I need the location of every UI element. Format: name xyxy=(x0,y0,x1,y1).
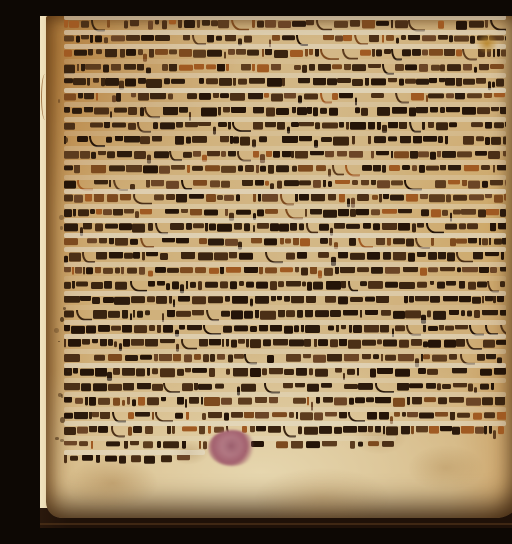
script-stroke xyxy=(77,64,79,72)
script-stroke xyxy=(385,354,396,360)
script-stroke xyxy=(417,223,424,228)
script-stroke xyxy=(498,426,504,434)
script-stroke xyxy=(94,354,105,361)
ink-speck xyxy=(58,99,61,102)
script-stroke xyxy=(276,165,290,172)
script-stroke xyxy=(278,281,284,287)
script-stroke xyxy=(265,267,278,273)
script-stroke xyxy=(171,79,185,84)
script-stroke xyxy=(137,64,144,71)
script-line xyxy=(64,16,506,30)
script-stroke xyxy=(430,107,438,112)
script-stroke xyxy=(343,35,352,42)
script-stroke xyxy=(238,339,245,344)
script-stroke xyxy=(194,383,197,391)
script-stroke xyxy=(247,50,259,56)
script-stroke xyxy=(307,282,312,291)
script-stroke xyxy=(90,122,103,128)
script-stroke xyxy=(104,122,110,129)
script-stroke xyxy=(258,194,262,202)
script-stroke xyxy=(176,194,187,202)
script-stroke xyxy=(484,426,487,434)
script-stroke xyxy=(85,64,101,70)
script-stroke xyxy=(130,20,140,26)
script-stroke xyxy=(100,412,110,419)
script-stroke xyxy=(257,209,264,217)
script-stroke xyxy=(103,64,108,73)
script-stroke xyxy=(127,397,130,405)
script-stroke xyxy=(122,368,135,376)
script-stroke xyxy=(382,441,394,447)
script-stroke xyxy=(394,151,409,159)
script-stroke xyxy=(107,20,110,28)
script-stroke xyxy=(278,21,291,28)
script-stroke xyxy=(412,165,417,171)
script-stroke xyxy=(467,311,472,317)
script-stroke xyxy=(304,93,317,100)
script-stroke xyxy=(289,339,304,346)
script-stroke xyxy=(383,194,389,199)
script-stroke xyxy=(271,93,283,102)
script-stroke xyxy=(105,224,119,229)
script-stroke xyxy=(490,267,497,273)
script-stroke xyxy=(493,430,496,439)
script-stroke xyxy=(500,310,506,315)
script-stroke xyxy=(362,340,376,346)
script-stroke xyxy=(198,252,213,260)
script-stroke xyxy=(463,64,472,71)
script-stroke xyxy=(371,267,383,274)
script-stroke xyxy=(361,180,369,186)
script-stroke xyxy=(394,412,399,417)
script-stroke xyxy=(250,326,257,332)
script-stroke xyxy=(346,122,348,130)
script-stroke xyxy=(427,310,431,317)
script-stroke xyxy=(229,252,237,258)
script-stroke xyxy=(163,325,173,333)
script-stroke xyxy=(479,238,481,246)
script-stroke xyxy=(392,107,407,113)
script-stroke xyxy=(231,340,238,348)
script-stroke xyxy=(494,122,504,128)
script-stroke xyxy=(356,209,369,216)
script-stroke xyxy=(184,20,196,28)
script-stroke xyxy=(193,223,203,228)
script-stroke xyxy=(382,165,386,172)
script-stroke xyxy=(238,79,247,85)
script-stroke xyxy=(182,426,197,431)
script-stroke xyxy=(332,64,342,69)
script-stroke xyxy=(157,281,165,286)
script-stroke xyxy=(231,412,243,419)
script-stroke xyxy=(437,282,446,289)
script-stroke xyxy=(90,209,96,214)
script-stroke xyxy=(328,181,332,187)
script-stroke xyxy=(219,78,232,85)
script-stroke xyxy=(108,354,123,361)
script-stroke xyxy=(238,165,243,171)
script-stroke xyxy=(462,180,467,186)
script-stroke xyxy=(358,441,363,446)
script-stroke xyxy=(166,283,170,290)
script-stroke xyxy=(85,194,93,202)
script-stroke xyxy=(405,79,415,84)
script-stroke xyxy=(221,311,230,317)
script-stroke xyxy=(152,368,158,374)
script-stroke xyxy=(208,426,212,434)
script-stroke xyxy=(146,252,157,257)
script-stroke xyxy=(435,180,446,189)
script-stroke xyxy=(500,107,506,114)
script-stroke xyxy=(104,37,109,44)
script-stroke xyxy=(92,297,100,304)
script-stroke xyxy=(343,426,357,433)
script-stroke xyxy=(131,93,136,98)
script-stroke xyxy=(438,21,444,29)
script-stroke xyxy=(242,180,253,187)
script-stroke xyxy=(399,340,410,348)
script-stroke xyxy=(109,165,125,171)
script-stroke xyxy=(291,151,294,159)
script-line xyxy=(64,234,506,248)
script-stroke xyxy=(169,20,176,24)
script-stroke xyxy=(349,151,363,158)
script-stroke xyxy=(362,20,375,28)
script-stroke xyxy=(277,296,282,301)
script-stroke xyxy=(363,223,372,229)
script-stroke xyxy=(206,78,218,84)
script-stroke xyxy=(311,194,325,201)
script-stroke xyxy=(430,296,440,303)
script-stroke xyxy=(172,426,174,434)
script-stroke xyxy=(431,64,440,70)
script-stroke xyxy=(323,209,337,217)
ink-speck xyxy=(54,328,58,333)
script-stroke xyxy=(182,383,193,391)
script-stroke xyxy=(479,64,489,71)
script-stroke xyxy=(93,383,108,392)
script-stroke xyxy=(213,93,219,99)
script-stroke xyxy=(262,49,265,57)
script-stroke xyxy=(147,368,149,376)
script-stroke xyxy=(179,64,193,71)
script-stroke xyxy=(114,341,118,347)
script-stroke xyxy=(297,252,307,259)
script-stroke xyxy=(284,180,298,187)
script-stroke xyxy=(461,209,476,215)
script-stroke xyxy=(163,107,178,115)
script-stroke xyxy=(268,426,282,433)
script-stroke xyxy=(116,93,120,102)
script-stroke xyxy=(398,209,412,213)
script-stroke xyxy=(476,136,484,141)
script-stroke xyxy=(498,223,506,229)
script-stroke xyxy=(205,282,218,288)
script-stroke xyxy=(457,412,470,417)
script-stroke xyxy=(372,49,375,57)
script-stroke xyxy=(339,339,347,346)
script-stroke xyxy=(428,93,443,99)
script-stroke xyxy=(422,35,437,41)
script-stroke xyxy=(449,354,457,360)
script-stroke xyxy=(159,354,173,362)
script-stroke xyxy=(382,35,384,43)
script-stroke xyxy=(80,369,94,376)
script-stroke xyxy=(248,93,263,100)
script-stroke xyxy=(291,296,305,304)
script-stroke xyxy=(299,194,309,200)
script-stroke xyxy=(443,296,458,302)
script-stroke xyxy=(93,310,107,318)
script-stroke xyxy=(276,441,289,448)
script-stroke xyxy=(423,136,436,141)
script-stroke xyxy=(350,209,355,217)
script-stroke xyxy=(423,325,426,333)
script-stroke xyxy=(111,325,121,331)
script-stroke xyxy=(256,165,259,173)
script-stroke xyxy=(286,253,296,260)
script-stroke xyxy=(205,223,208,231)
script-stroke xyxy=(383,252,392,260)
script-stroke xyxy=(280,238,285,245)
script-stroke xyxy=(315,369,327,377)
script-stroke xyxy=(267,78,282,87)
script-stroke xyxy=(475,427,484,434)
script-stroke xyxy=(253,151,259,158)
script-stroke xyxy=(128,107,138,115)
script-stroke xyxy=(113,368,119,375)
script-stroke xyxy=(190,209,202,216)
script-stroke xyxy=(426,383,437,389)
script-stroke xyxy=(330,339,338,347)
script-stroke xyxy=(127,267,137,274)
script-stroke xyxy=(294,325,299,333)
script-strokes-row xyxy=(64,455,205,471)
script-stroke xyxy=(307,107,311,114)
script-stroke xyxy=(266,151,272,157)
script-stroke xyxy=(448,180,460,185)
script-stroke xyxy=(423,354,430,359)
script-stroke xyxy=(300,238,310,246)
script-stroke xyxy=(209,224,216,231)
script-stroke xyxy=(133,310,136,318)
script-stroke xyxy=(225,238,238,246)
script-stroke xyxy=(302,64,307,73)
script-line xyxy=(64,292,506,306)
script-stroke xyxy=(325,151,335,158)
script-stroke xyxy=(292,166,298,172)
script-stroke xyxy=(289,412,295,418)
script-stroke xyxy=(208,296,223,303)
script-stroke xyxy=(279,224,289,232)
script-stroke xyxy=(387,238,391,246)
script-stroke xyxy=(284,296,290,302)
script-stroke xyxy=(324,267,332,276)
script-stroke xyxy=(83,267,85,275)
script-stroke xyxy=(95,368,107,376)
script-stroke xyxy=(112,122,126,127)
script-stroke xyxy=(482,238,488,245)
script-stroke xyxy=(111,35,125,41)
script-line xyxy=(64,205,506,219)
script-stroke xyxy=(270,325,282,332)
script-stroke xyxy=(265,122,276,128)
script-stroke xyxy=(395,325,405,331)
script-stroke xyxy=(241,383,256,391)
script-stroke xyxy=(430,281,434,285)
script-stroke xyxy=(469,21,484,28)
script-stroke xyxy=(259,267,262,275)
script-stroke xyxy=(250,426,255,432)
script-stroke xyxy=(494,195,503,203)
script-stroke xyxy=(495,397,505,405)
script-stroke xyxy=(137,311,144,318)
script-stroke xyxy=(502,238,506,245)
script-stroke xyxy=(371,209,380,216)
script-stroke xyxy=(98,426,108,432)
script-stroke xyxy=(184,354,193,362)
script-stroke xyxy=(77,427,88,434)
script-stroke xyxy=(183,151,192,158)
script-stroke xyxy=(503,137,506,145)
script-line xyxy=(64,350,506,364)
script-stroke xyxy=(416,426,428,432)
script-stroke xyxy=(477,107,490,114)
script-stroke xyxy=(379,412,389,420)
script-stroke xyxy=(280,267,293,272)
script-stroke xyxy=(371,151,375,159)
script-stroke xyxy=(335,180,351,185)
script-stroke xyxy=(218,107,221,115)
script-stroke xyxy=(412,49,421,56)
script-stroke xyxy=(364,325,378,333)
script-stroke xyxy=(411,339,421,345)
script-stroke xyxy=(310,209,323,215)
script-stroke xyxy=(257,64,269,73)
script-stroke xyxy=(96,209,102,215)
script-stroke xyxy=(78,209,88,217)
script-stroke xyxy=(301,325,304,333)
script-stroke xyxy=(186,137,191,144)
script-stroke xyxy=(438,136,444,143)
script-stroke xyxy=(296,412,298,420)
script-stroke xyxy=(385,267,400,274)
script-stroke xyxy=(367,252,380,259)
script-stroke xyxy=(160,339,175,343)
script-stroke xyxy=(72,108,83,114)
script-stroke xyxy=(272,412,287,417)
script-stroke xyxy=(399,79,405,86)
script-stroke xyxy=(91,282,104,289)
script-stroke xyxy=(155,20,160,25)
script-stroke xyxy=(86,267,93,275)
script-stroke xyxy=(221,180,230,188)
script-stroke xyxy=(264,93,269,98)
script-stroke xyxy=(379,194,383,202)
script-stroke xyxy=(239,253,253,260)
script-stroke xyxy=(153,122,158,129)
script-stroke xyxy=(315,122,320,130)
script-stroke xyxy=(271,296,277,302)
script-stroke xyxy=(412,397,423,404)
script-stroke xyxy=(332,93,337,100)
script-stroke xyxy=(439,325,444,331)
script-stroke xyxy=(234,325,249,331)
script-stroke xyxy=(164,78,170,84)
script-stroke xyxy=(475,151,488,156)
script-stroke xyxy=(497,412,506,420)
script-stroke xyxy=(193,151,202,157)
script-stroke xyxy=(270,281,276,290)
script-stroke xyxy=(409,107,416,116)
script-stroke xyxy=(150,93,165,100)
script-stroke xyxy=(257,21,264,28)
script-stroke xyxy=(92,412,99,418)
script-stroke xyxy=(161,455,172,462)
script-stroke xyxy=(151,180,165,187)
script-stroke xyxy=(132,399,136,406)
script-stroke xyxy=(376,49,382,56)
script-stroke xyxy=(96,49,102,54)
script-stroke xyxy=(81,383,91,392)
script-stroke xyxy=(352,79,362,86)
script-stroke xyxy=(138,78,146,83)
script-stroke xyxy=(126,165,141,172)
script-stroke xyxy=(267,355,274,364)
script-stroke xyxy=(145,310,151,315)
script-stroke xyxy=(270,223,278,231)
script-stroke xyxy=(236,49,246,55)
script-stroke xyxy=(143,441,153,448)
script-stroke xyxy=(282,78,285,86)
script-stroke xyxy=(418,151,429,158)
script-stroke xyxy=(141,35,154,41)
script-stroke xyxy=(84,93,94,100)
script-stroke xyxy=(88,49,93,56)
script-line xyxy=(64,176,506,190)
script-stroke xyxy=(167,426,172,434)
script-stroke xyxy=(177,455,190,460)
script-stroke xyxy=(484,93,492,98)
script-stroke xyxy=(505,122,506,128)
script-stroke xyxy=(197,20,200,28)
script-stroke xyxy=(373,223,380,230)
script-stroke xyxy=(411,93,424,101)
script-stroke xyxy=(96,252,108,259)
script-stroke xyxy=(407,397,410,405)
script-stroke xyxy=(285,238,290,243)
script-stroke xyxy=(377,180,390,189)
script-stroke xyxy=(298,165,314,172)
script-stroke xyxy=(140,354,153,359)
script-stroke xyxy=(477,354,484,361)
script-stroke xyxy=(128,122,136,130)
script-stroke xyxy=(89,426,97,432)
script-stroke xyxy=(450,412,456,420)
script-stroke xyxy=(126,49,136,55)
script-stroke xyxy=(496,79,504,87)
script-stroke xyxy=(322,122,338,128)
script-stroke xyxy=(250,368,262,377)
script-stroke xyxy=(461,426,474,433)
script-stroke xyxy=(223,107,230,112)
script-stroke xyxy=(448,165,462,170)
script-line xyxy=(64,147,506,161)
script-stroke xyxy=(453,383,466,388)
script-stroke xyxy=(497,165,506,170)
script-stroke xyxy=(455,93,466,99)
script-stroke xyxy=(446,194,451,202)
